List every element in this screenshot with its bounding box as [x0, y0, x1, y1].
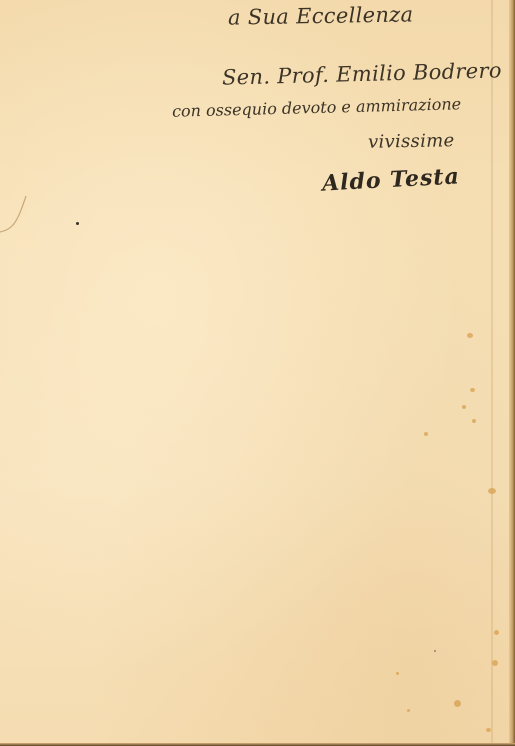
foxing-spot — [486, 728, 491, 732]
page-right-edge — [509, 0, 515, 746]
foxing-spot — [494, 630, 499, 635]
dedication-line-recipient: Sen. Prof. Emilio Bodrero — [222, 58, 502, 89]
foxing-spot — [488, 488, 496, 494]
foxing-spot — [454, 700, 461, 707]
ink-speck — [76, 222, 79, 225]
foxing-spot — [407, 709, 410, 712]
foxing-spot — [424, 432, 428, 436]
pencil-mark — [0, 194, 28, 234]
author-signature: Aldo Testa — [321, 163, 460, 196]
foxing-spot — [396, 672, 399, 675]
foxing-spot — [472, 419, 476, 423]
foxing-spot — [470, 388, 475, 392]
page-fold-shadow — [491, 0, 493, 746]
ink-speck — [434, 650, 436, 652]
book-page: a Sua Eccellenza Sen. Prof. Emilio Bodre… — [0, 0, 515, 746]
foxing-spot — [492, 660, 498, 666]
foxing-spot — [467, 333, 473, 338]
dedication-line-salutation: a Sua Eccellenza — [228, 2, 414, 29]
dedication-line-homage: con ossequio devoto e ammirazione — [172, 94, 462, 121]
foxing-spot — [462, 405, 466, 409]
dedication-line-closing: vivissime — [368, 130, 455, 153]
